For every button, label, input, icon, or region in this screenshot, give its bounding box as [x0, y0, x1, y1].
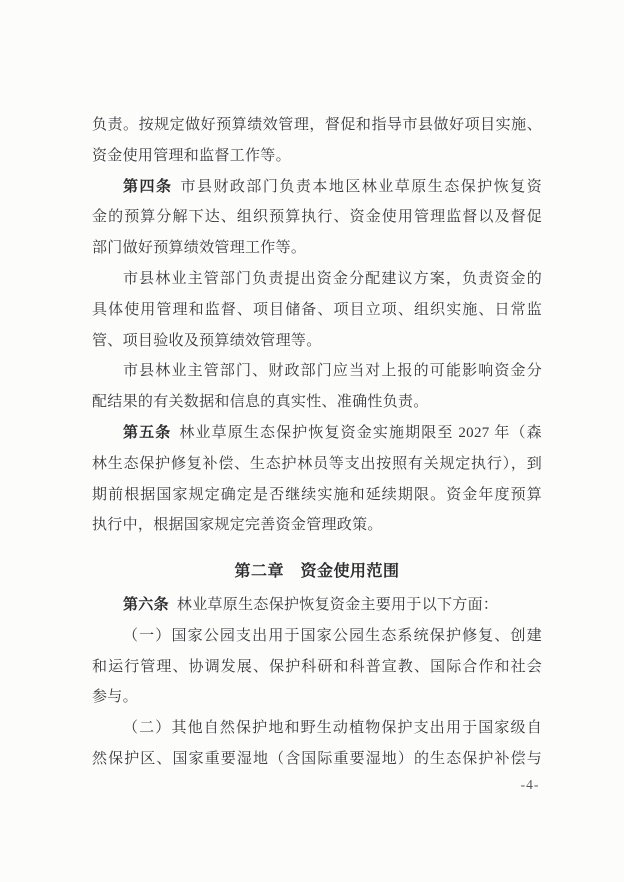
document-body: 负责。按规定做好预算绩效管理，督促和指导市县做好项目实施、 资金使用管理和监督工…	[92, 110, 542, 775]
text-line: 部门做好预算绩效管理工作等。	[92, 233, 542, 264]
text-line: 林生态保护修复补偿、生态护林员等支出按照有关规定执行），到	[92, 449, 542, 480]
line-text: 执行中，根据国家规定完善资金管理政策。	[92, 517, 383, 533]
page-number: -4-	[505, 775, 555, 795]
article-number-bold: 第五条	[123, 425, 171, 441]
text-line: （二）其他自然保护地和野生动植物保护支出用于国家级自	[92, 713, 542, 744]
text-line: 第六条林业草原生态保护恢复资金主要用于以下方面：	[92, 590, 542, 621]
text-line: 第四条市县财政部门负责本地区林业草原生态保护恢复资	[92, 172, 542, 203]
line-text: 配结果的有关数据和信息的真实性、准确性负责。	[92, 394, 429, 410]
line-text: 和运行管理、协调发展、保护科研和科普宣教、国际合作和社会	[92, 659, 542, 675]
document-page: 负责。按规定做好预算绩效管理，督促和指导市县做好项目实施、 资金使用管理和监督工…	[0, 0, 624, 882]
line-text: 林业草原生态保护恢复资金主要用于以下方面：	[177, 597, 498, 613]
text-line: 管、项目验收及预算绩效管理等。	[92, 326, 542, 357]
text-line: 参与。	[92, 682, 542, 713]
line-text: （一）国家公园支出用于国家公园生态系统保护修复、创建	[123, 628, 542, 644]
text-line: 负责。按规定做好预算绩效管理，督促和指导市县做好项目实施、	[92, 110, 542, 141]
text-line: 期前根据国家规定确定是否继续实施和延续期限。资金年度预算	[92, 480, 542, 511]
text-line: 市县林业主管部门负责提出资金分配建议方案，负责资金的	[92, 264, 542, 295]
text-line: 和运行管理、协调发展、保护科研和科普宣教、国际合作和社会	[92, 652, 542, 683]
article-number-bold: 第六条	[123, 597, 169, 613]
line-text: 然保护区、国家重要湿地（含国际重要湿地）的生态保护补偿与	[92, 751, 542, 767]
line-text: 市县财政部门负责本地区林业草原生态保护恢复资	[180, 179, 542, 195]
line-text: 市县林业主管部门负责提出资金分配建议方案，负责资金的	[123, 271, 542, 287]
text-line: 执行中，根据国家规定完善资金管理政策。	[92, 510, 542, 541]
line-text: 资金使用管理和监督工作等。	[92, 148, 291, 164]
line-text: 管、项目验收及预算绩效管理等。	[92, 333, 322, 349]
line-text: 期前根据国家规定确定是否继续实施和延续期限。资金年度预算	[92, 487, 542, 503]
line-text: 市县林业主管部门、财政部门应当对上报的可能影响资金分	[123, 363, 542, 379]
line-text: 部门做好预算绩效管理工作等。	[92, 240, 306, 256]
text-line: 第五条林业草原生态保护恢复资金实施期限至 2027 年（森	[92, 418, 542, 449]
chapter-heading-text: 第二章 资金使用范围	[234, 563, 399, 580]
line-text: 具体使用管理和监督、项目储备、项目立项、组织实施、日常监	[92, 302, 542, 318]
chapter-heading: 第二章 资金使用范围	[92, 557, 542, 588]
text-line: （一）国家公园支出用于国家公园生态系统保护修复、创建	[92, 621, 542, 652]
line-text: 负责。按规定做好预算绩效管理，督促和指导市县做好项目实施、	[92, 117, 542, 133]
text-line: 配结果的有关数据和信息的真实性、准确性负责。	[92, 387, 542, 418]
line-text: 参与。	[92, 689, 138, 705]
line-text: 金的预算分解下达、组织预算执行、资金使用管理监督以及督促	[92, 209, 542, 225]
text-line: 金的预算分解下达、组织预算执行、资金使用管理监督以及督促	[92, 202, 542, 233]
text-line: 然保护区、国家重要湿地（含国际重要湿地）的生态保护补偿与	[92, 744, 542, 775]
text-line: 资金使用管理和监督工作等。	[92, 141, 542, 172]
article-number-bold: 第四条	[123, 179, 172, 195]
line-text: 林业草原生态保护恢复资金实施期限至 2027 年（森	[179, 425, 542, 441]
text-line: 具体使用管理和监督、项目储备、项目立项、组织实施、日常监	[92, 295, 542, 326]
line-text: 林生态保护修复补偿、生态护林员等支出按照有关规定执行），到	[92, 456, 542, 472]
line-text: （二）其他自然保护地和野生动植物保护支出用于国家级自	[123, 720, 542, 736]
text-line: 市县林业主管部门、财政部门应当对上报的可能影响资金分	[92, 356, 542, 387]
